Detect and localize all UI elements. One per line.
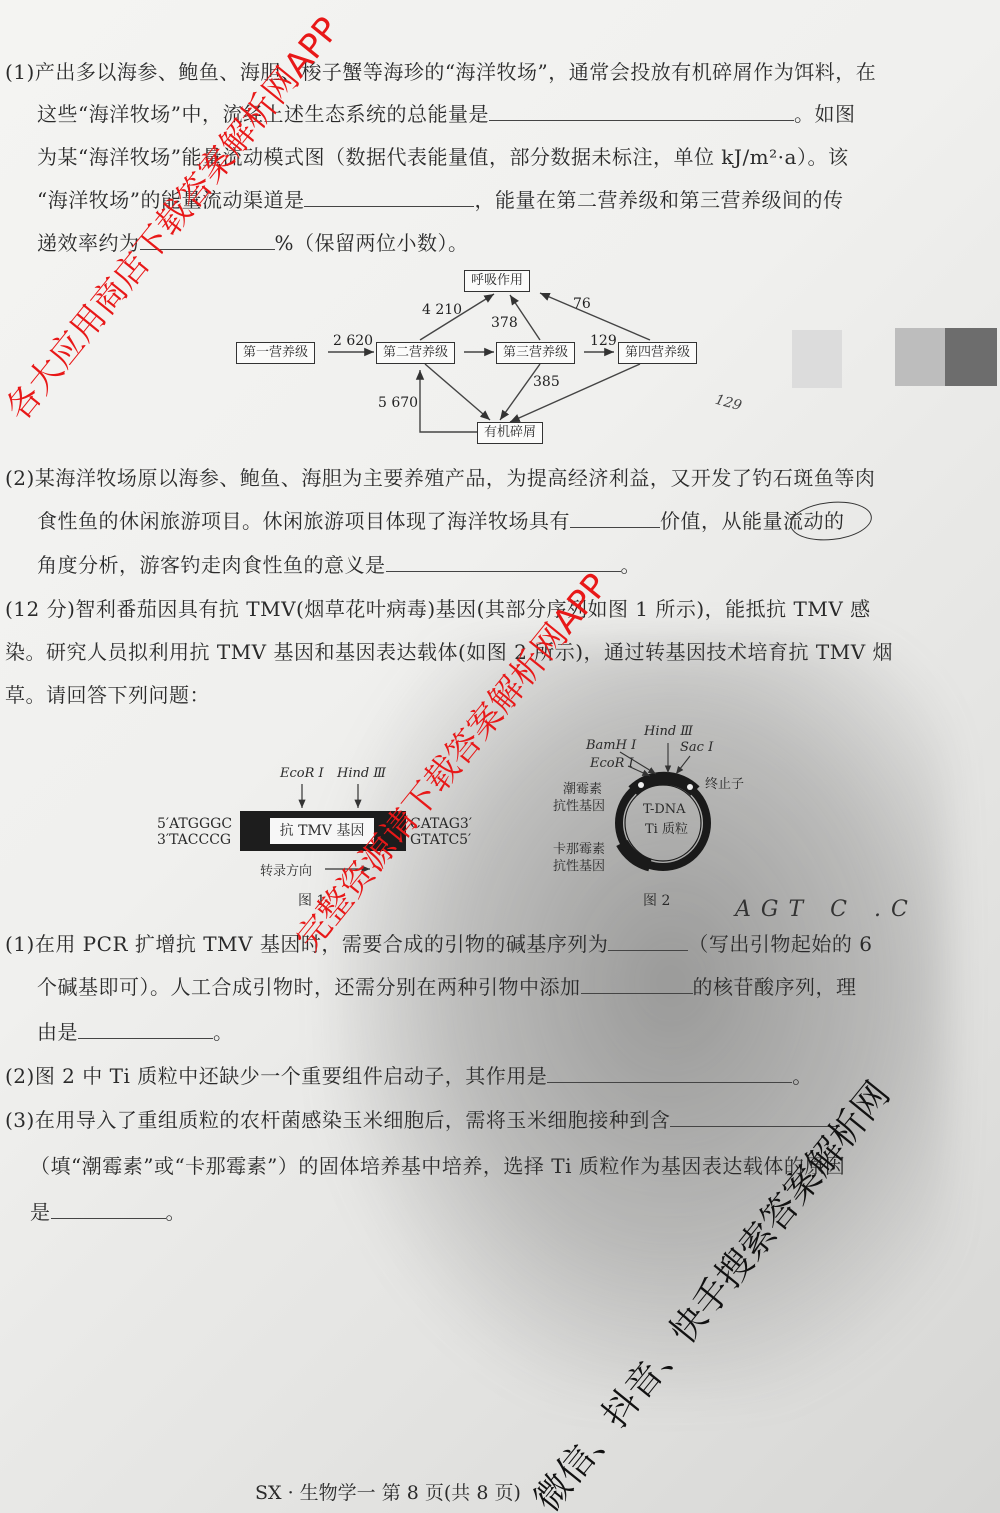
sub-q1-line-3: 由是。 xyxy=(37,1018,234,1046)
sub-q3-line-2: （填“潮霉素”或“卡那霉素”）的固体培养基中培养，选择 Ti 质粒作为基因表达载… xyxy=(30,1152,845,1180)
answer-blank-primer[interactable] xyxy=(608,932,688,951)
node-detritus: 有机碎屑 xyxy=(477,422,543,444)
q2-line-3: 角度分析，游客钓走肉食性鱼的意义是。 xyxy=(37,551,641,579)
value-l3-resp: 378 xyxy=(491,315,518,331)
enzyme-ecori-2: EcoR Ⅰ xyxy=(590,756,634,771)
answer-blank-antibiotic[interactable] xyxy=(670,1108,840,1127)
node-level-4: 第四营养级 xyxy=(618,342,697,364)
q2-line-2: 食性鱼的休闲旅游项目。休闲旅游项目体现了海洋牧场具有价值，从能量流动的 xyxy=(37,507,845,535)
value-l4-resp: 76 xyxy=(573,296,591,312)
transcription-direction: 转录方向 xyxy=(260,860,312,879)
main-question-line-2: 染。研究人员拟利用抗 TMV 基因和基因表达载体(如图 2 所示)，通过转基因技… xyxy=(5,638,893,666)
gene-label: 抗 TMV 基因 xyxy=(270,818,374,844)
value-l3-l4: 129 xyxy=(590,333,617,349)
sub-q2-line: (2)图 2 中 Ti 质粒中还缺少一个重要组件启动子，其作用是。 xyxy=(5,1062,813,1090)
answer-blank-nucleotide[interactable] xyxy=(581,975,693,994)
page-footer: SX · 生物学一 第 8 页(共 8 页) xyxy=(255,1478,521,1505)
diagram-arrows xyxy=(0,0,1000,460)
sub-q1-line-1: (1)在用 PCR 扩增抗 TMV 基因时，需要合成的引物的碱基序列为（写出引物… xyxy=(5,930,872,958)
seq-top-left: 5′ATGGGC xyxy=(157,816,232,833)
sub-q3-line-3: 是。 xyxy=(30,1198,186,1226)
node-respiration: 呼吸作用 xyxy=(464,270,530,292)
redaction-block-1 xyxy=(792,330,842,388)
answer-blank-ti-reason[interactable] xyxy=(51,1200,166,1219)
enzyme-hindiii-2: Hind Ⅲ xyxy=(644,724,693,739)
seq-bottom-left: 3′TACCCG xyxy=(157,832,231,849)
main-question-line-1: (12 分)智利番茄因具有抗 TMV(烟草花叶病毒)基因(其部分序列如图 1 所… xyxy=(5,595,871,623)
gene-block: 抗 TMV 基因 xyxy=(240,811,406,851)
node-level-1: 第一营养级 xyxy=(236,342,315,364)
main-question-line-3: 草。请回答下列问题： xyxy=(5,681,210,709)
tdna-label: T-DNA xyxy=(643,802,686,817)
q2-line-1: (2)某海洋牧场原以海参、鲍鱼、海胆为主要养殖产品，为提高经济利益，又开发了钓石… xyxy=(5,464,875,492)
answer-blank-value[interactable] xyxy=(570,509,660,528)
enzyme-ecori: EcoR Ⅰ xyxy=(280,766,324,781)
energy-flow-diagram: 呼吸作用 第一营养级 第二营养级 第三营养级 第四营养级 有机碎屑 2 620 … xyxy=(0,0,1000,460)
enzyme-bamhi: BamH Ⅰ xyxy=(586,738,636,753)
figure-2-caption: 图 2 xyxy=(643,890,670,910)
figure-1-caption: 图 1 xyxy=(298,890,325,910)
handwritten-circle xyxy=(788,498,874,544)
redaction-block-3 xyxy=(945,328,997,386)
terminator-label: 终止子 xyxy=(705,773,744,792)
enzyme-saci: Sac Ⅰ xyxy=(680,740,713,755)
seq-top-right: CATAG3′ xyxy=(410,816,472,833)
enzyme-hindiii: Hind Ⅲ xyxy=(337,766,386,781)
answer-blank-reason[interactable] xyxy=(78,1020,213,1039)
node-level-2: 第二营养级 xyxy=(376,342,455,364)
answer-blank-meaning[interactable] xyxy=(386,553,621,572)
hyg-gene-label-2: 抗性基因 xyxy=(553,795,605,814)
answer-blank-promoter[interactable] xyxy=(547,1064,792,1083)
value-l1-l2: 2 620 xyxy=(333,333,373,349)
value-l3-detritus: 385 xyxy=(533,374,560,390)
seq-bottom-right: GTATC5′ xyxy=(410,832,471,849)
sub-q3-line-1: (3)在用导入了重组质粒的农杆菌感染玉米细胞后，需将玉米细胞接种到含 xyxy=(5,1106,840,1134)
value-l2-resp: 4 210 xyxy=(422,302,462,318)
ti-plasmid-label: Ti 质粒 xyxy=(645,818,688,837)
watermark-black: 微信、抖音、快手搜索答案解析网 xyxy=(520,1069,899,1513)
redaction-block-2 xyxy=(895,328,945,386)
kan-gene-label-2: 抗性基因 xyxy=(553,855,605,874)
value-detritus-l2: 5 670 xyxy=(378,395,418,411)
photo-shadow xyxy=(330,640,950,1400)
node-level-3: 第三营养级 xyxy=(496,342,575,364)
sub-q1-line-2: 个碱基即可）。人工合成引物时，还需分别在两种引物中添加的核苷酸序列，理 xyxy=(37,973,857,1001)
handwriting-primer-note: AGT C .C xyxy=(735,897,918,922)
